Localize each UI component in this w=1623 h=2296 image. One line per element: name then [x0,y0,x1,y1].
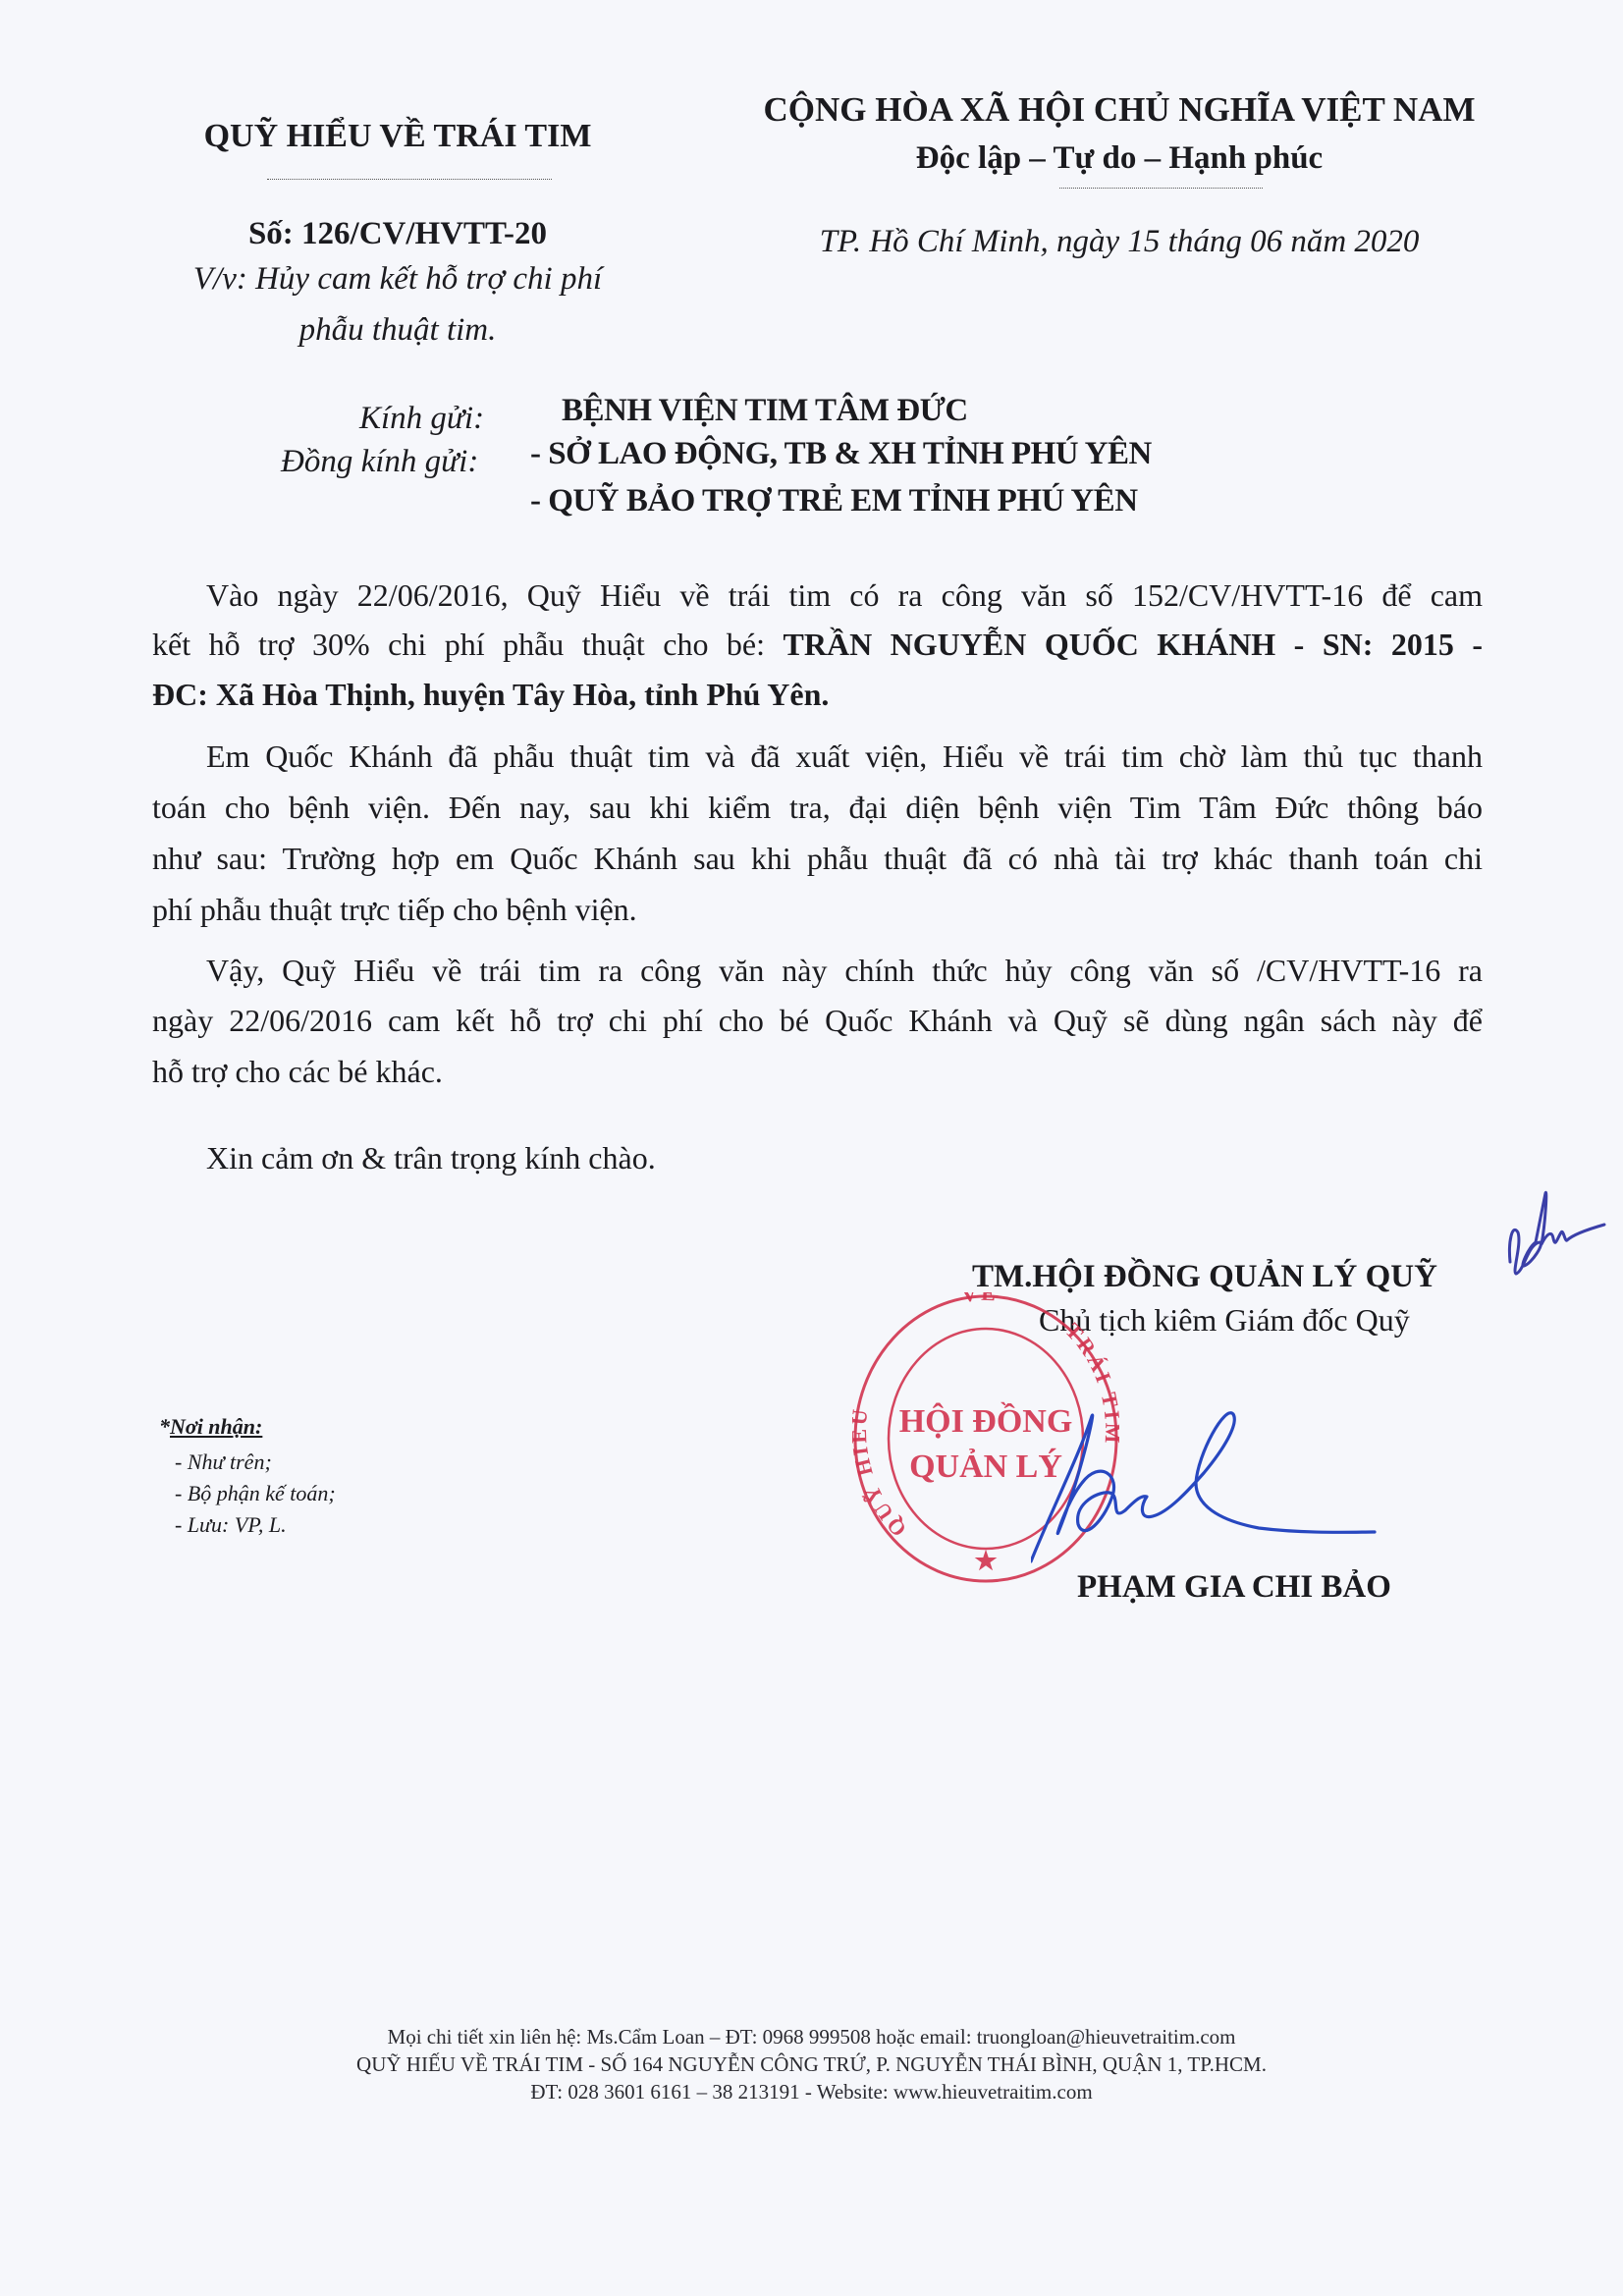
cc-label: Đồng kính gửi: [281,444,478,480]
document-subject-line-2: phẫu thuật tim. [162,312,633,349]
national-title: CỘNG HÒA XÃ HỘI CHỦ NGHĨA VIỆT NAM [756,90,1483,130]
document-subject-line-1: V/v: Hủy cam kết hỗ trợ chi phí [162,261,633,298]
organization-underline [267,179,552,180]
footer-contact: Mọi chi tiết xin liên hệ: Ms.Cẩm Loan – … [0,2025,1623,2050]
cc-recipient: - QUỸ BẢO TRỢ TRẺ EM TỈNH PHÚ YÊN [530,483,1138,519]
patient-address: ĐC: Xã Hòa Thịnh, huyện Tây Hòa, tỉnh Ph… [152,679,829,710]
paragraph-1-text: kết hỗ trợ 30% chi phí phẫu thuật cho bé… [152,627,784,662]
to-label: Kính gửi: [359,401,484,437]
paragraph-1-line: Vào ngày 22/06/2016, Quỹ Hiểu về trái ti… [206,579,1483,611]
initial-signature-icon [1502,1183,1610,1291]
stamp-ring-text-top: VỀ [960,1292,1000,1307]
motto-underline [1059,188,1263,189]
footer-address: QUỸ HIẾU VỀ TRÁI TIM - SỐ 164 NGUYỄN CÔN… [0,2052,1623,2077]
paragraph-3-line: Vậy, Quỹ Hiểu về trái tim ra công văn nà… [206,955,1483,986]
paragraph-2-line: Em Quốc Khánh đã phẫu thuật tim và đã xu… [206,740,1483,772]
footer-phone-website: ĐT: 028 3601 6161 – 38 213191 - Website:… [0,2080,1623,2105]
paragraph-2-line: toán cho bệnh viện. Đến nay, sau khi kiể… [152,792,1483,823]
organization-name: QUỸ HIỂU VỀ TRÁI TIM [182,118,614,155]
patient-name: TRẦN NGUYỄN QUỐC KHÁNH - SN: 2015 - [784,627,1484,662]
distribution-label: Nơi nhận: [170,1414,262,1439]
document-number: Số: 126/CV/HVTT-20 [182,216,614,252]
paragraph-3-line: hỗ trợ cho các bé khác. [152,1056,443,1087]
closing-line: Xin cảm ơn & trân trọng kính chào. [206,1142,656,1174]
to-recipient: BỆNH VIỆN TIM TÂM ĐỨC [562,393,968,429]
paragraph-1-line: kết hỗ trợ 30% chi phí phẫu thuật cho bé… [152,629,1483,660]
paragraph-3-line: ngày 22/06/2016 cam kết hỗ trợ chi phí c… [152,1005,1483,1036]
distribution-heading: *Nơi nhận: [159,1414,262,1440]
stamp-star-icon: ★ [974,1547,998,1575]
distribution-item: - Như trên; [175,1449,272,1475]
paragraph-2-line: phí phẫu thuật trực tiếp cho bệnh viện. [152,894,637,925]
cc-recipient: - SỞ LAO ĐỘNG, TB & XH TỈNH PHÚ YÊN [530,436,1152,472]
signature-title: TM.HỘI ĐỒNG QUẢN LÝ QUỸ [972,1259,1437,1295]
signer-name: PHẠM GIA CHI BẢO [1077,1569,1391,1606]
distribution-item: - Lưu: VP, L. [175,1512,287,1538]
distribution-item: - Bộ phận kế toán; [175,1481,336,1506]
main-signature-icon [1031,1394,1384,1566]
paragraph-2-line: như sau: Trường hợp em Quốc Khánh sau kh… [152,843,1483,874]
place-and-date: TP. Hồ Chí Minh, ngày 15 tháng 06 năm 20… [756,224,1483,260]
svg-text:VỀ: VỀ [960,1292,1000,1307]
distribution-asterisk: * [159,1414,170,1439]
national-motto: Độc lập – Tự do – Hạnh phúc [756,140,1483,177]
